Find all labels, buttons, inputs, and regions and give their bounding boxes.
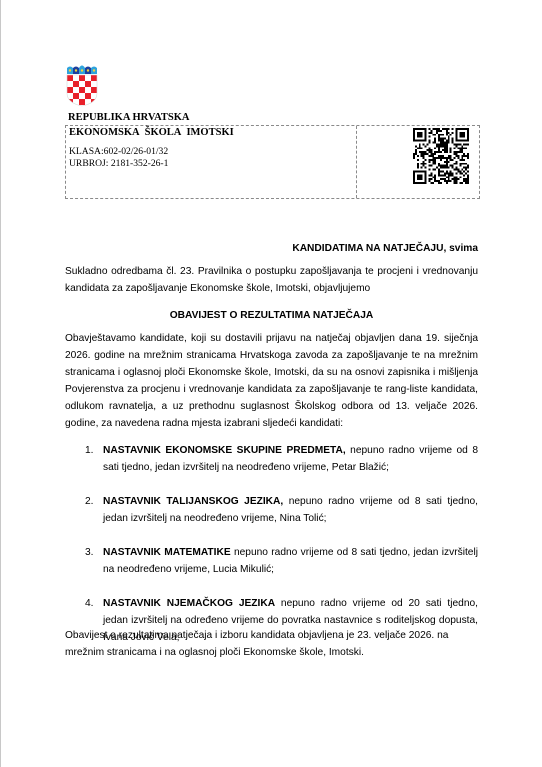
item-position: NASTAVNIK MATEMATIKE — [103, 547, 231, 558]
item-number: 3. — [85, 544, 94, 561]
document-header-table: EKONOMSKA ŠKOLA IMOTSKI KLASA:602-02/26-… — [65, 125, 480, 199]
reference-numbers: KLASA:602-02/26-01/32 URBROJ: 2181-352-2… — [69, 146, 168, 170]
item-number: 2. — [85, 493, 94, 510]
country-name: REPUBLIKA HRVATSKA — [68, 112, 189, 123]
list-item: 1. NASTAVNIK EKONOMSKE SKUPINE PREDMETA,… — [83, 442, 478, 476]
closing-paragraph: Obavijest o rezultatima natječaja i izbo… — [65, 627, 478, 661]
item-position: NASTAVNIK NJEMAČKOG JEZIKA — [103, 598, 275, 609]
item-position: NASTAVNIK TALIJANSKOG JEZIKA, — [103, 496, 283, 507]
croatian-coat-of-arms-icon — [65, 63, 99, 107]
notice-heading: OBAVIJEST O REZULTATIMA NATJEČAJA — [65, 307, 478, 324]
addressee: KANDIDATIMA NA NATJEČAJU, svima — [65, 240, 478, 257]
item-position: NASTAVNIK EKONOMSKE SKUPINE PREDMETA, — [103, 445, 346, 456]
klasa: KLASA:602-02/26-01/32 — [69, 146, 168, 158]
item-number: 4. — [85, 595, 94, 612]
list-item: 2. NASTAVNIK TALIJANSKOG JEZIKA, nepuno … — [83, 493, 478, 527]
qr-code-icon — [413, 128, 469, 184]
page-edge — [0, 0, 1, 767]
item-number: 1. — [85, 442, 94, 459]
school-name: EKONOMSKA ŠKOLA IMOTSKI — [69, 127, 234, 138]
list-item: 3. NASTAVNIK MATEMATIKE nepuno radno vri… — [83, 544, 478, 578]
intro-paragraph: Sukladno odredbama čl. 23. Pravilnika o … — [65, 263, 478, 297]
urbroj: URBROJ: 2181-352-26-1 — [69, 158, 168, 170]
table-divider — [356, 126, 357, 198]
notice-paragraph: Obavještavamo kandidate, koji su dostavi… — [65, 330, 478, 432]
